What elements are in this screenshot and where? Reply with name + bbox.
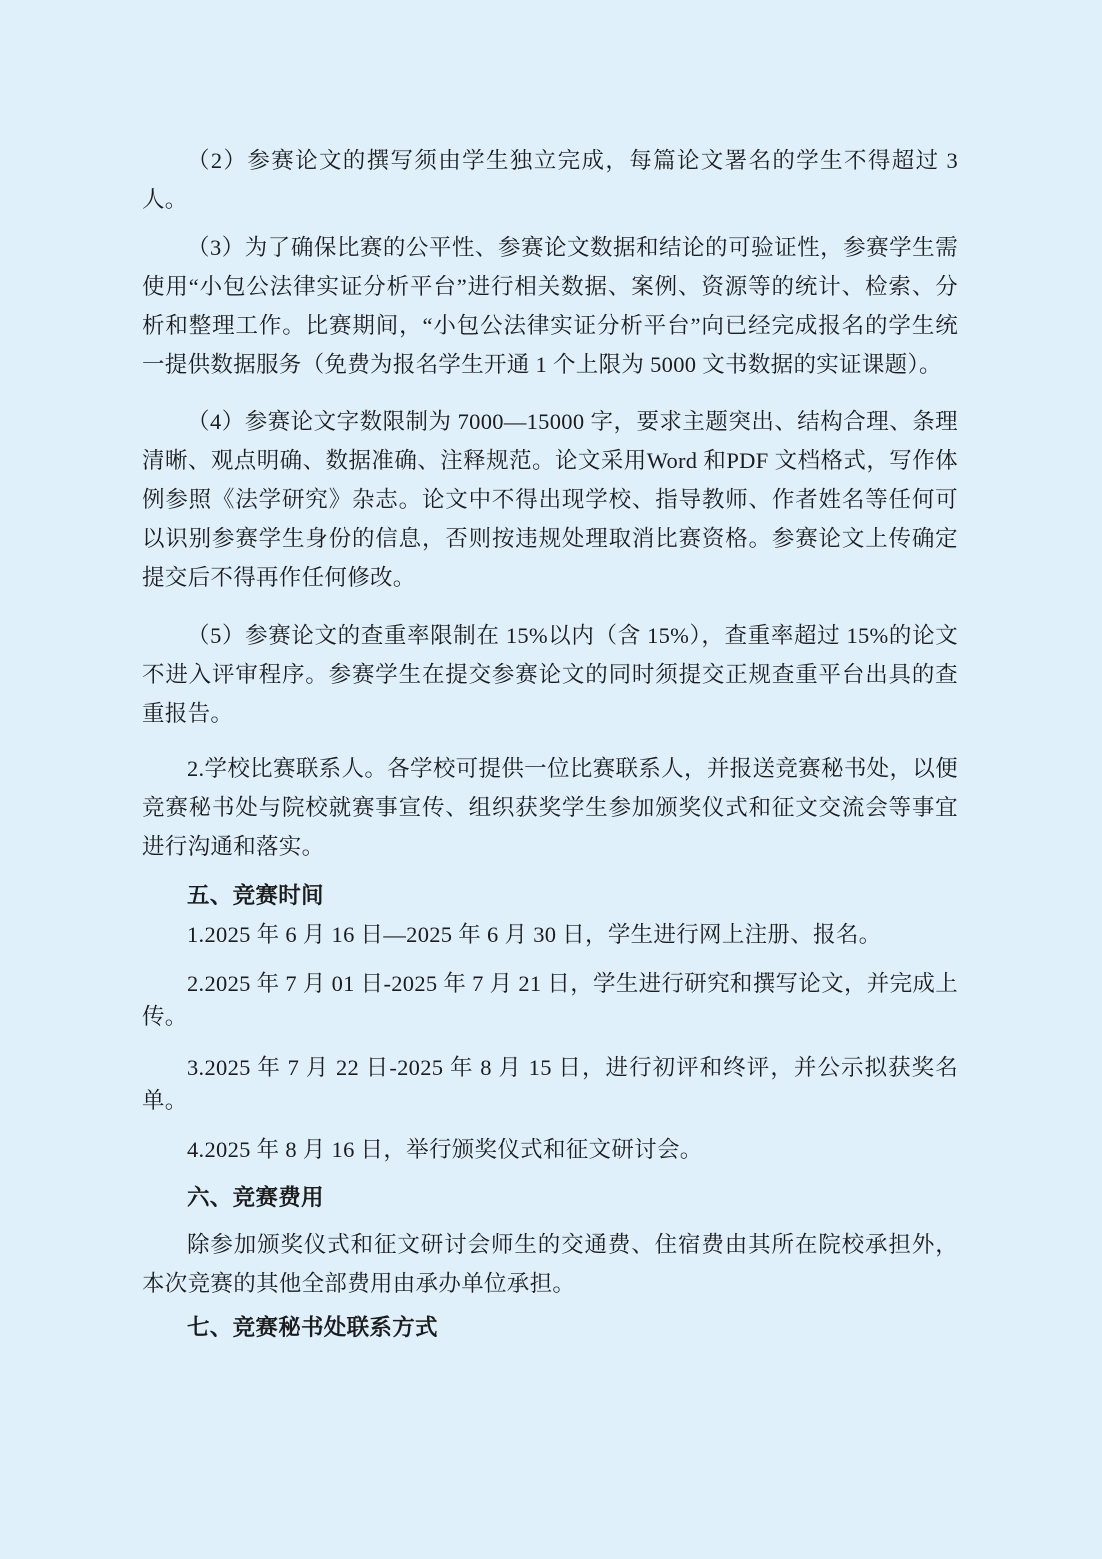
paragraph-rule-2: （2）参赛论文的撰写须由学生独立完成，每篇论文署名的学生不得超过 3 人。 [142, 141, 958, 219]
list-item-schedule-3: 3.2025 年 7 月 22 日-2025 年 8 月 15 日，进行初评和终… [142, 1051, 958, 1117]
paragraph-school-contact: 2.学校比赛联系人。各学校可提供一位比赛联系人，并报送竞赛秘书处，以便竞赛秘书处… [142, 749, 958, 866]
heading-secretariat-contact: 七、竞赛秘书处联系方式 [142, 1308, 958, 1347]
paragraph-rule-4: （4）参赛论文字数限制为 7000—15000 字，要求主题突出、结构合理、条理… [142, 402, 958, 597]
paragraph-rule-5: （5）参赛论文的查重率限制在 15%以内（含 15%），查重率超过 15%的论文… [142, 616, 958, 733]
paragraph-fees: 除参加颁奖仪式和征文研讨会师生的交通费、住宿费由其所在院校承担外，本次竞赛的其他… [142, 1225, 958, 1303]
paragraph-rule-3: （3）为了确保比赛的公平性、参赛论文数据和结论的可验证性，参赛学生需使用“小包公… [142, 228, 958, 384]
list-item-schedule-2: 2.2025 年 7 月 01 日-2025 年 7 月 21 日，学生进行研究… [142, 967, 958, 1033]
document-page: （2）参赛论文的撰写须由学生独立完成，每篇论文署名的学生不得超过 3 人。 （3… [0, 0, 1102, 1559]
heading-competition-time: 五、竞赛时间 [142, 876, 958, 915]
list-item-schedule-4: 4.2025 年 8 月 16 日，举行颁奖仪式和征文研讨会。 [142, 1133, 958, 1166]
list-item-schedule-1: 1.2025 年 6 月 16 日—2025 年 6 月 30 日，学生进行网上… [142, 918, 958, 951]
heading-competition-fees: 六、竞赛费用 [142, 1178, 958, 1217]
